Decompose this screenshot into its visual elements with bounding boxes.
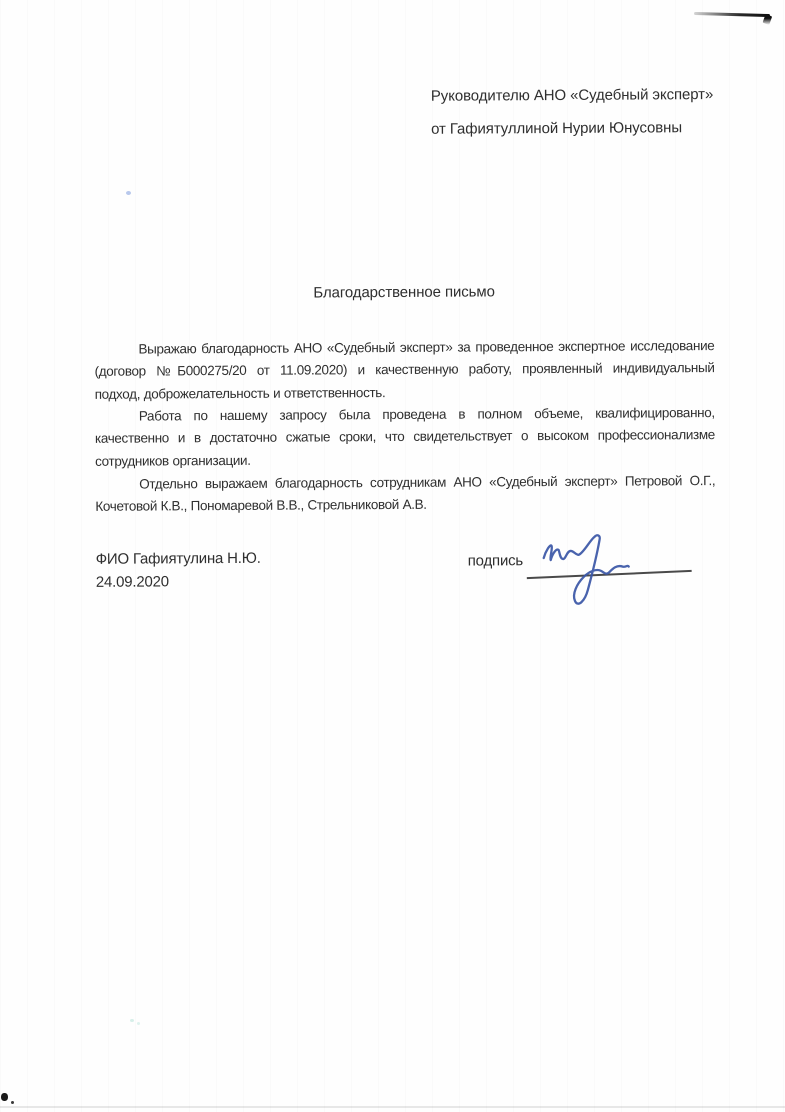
signature-date: 24.09.2020 (96, 570, 261, 594)
paragraph-line: качественно и в достаточно сжатые сроки,… (95, 424, 715, 450)
paragraph-line: (договор №Б000275/20 от 11.09.2020) и ка… (94, 357, 714, 383)
sender-line: от Гафиятуллиной Нурии Юнусовны (431, 111, 761, 146)
paragraph-line: Кочетовой К.В., Пономаревой В.В., Стрель… (95, 492, 715, 518)
signatory-block: ФИО Гафиятулина Н.Ю. 24.09.2020 (96, 548, 261, 594)
letter-content: Руководителю АНО «Судебный эксперт» от Г… (0, 0, 785, 1112)
scanned-letter-page: Руководителю АНО «Судебный эксперт» от Г… (0, 0, 785, 1112)
recipient-block: Руководителю АНО «Судебный эксперт» от Г… (431, 78, 761, 146)
paragraph-line: Отдельно выражаем благодарность сотрудни… (95, 470, 715, 496)
paragraph-staff-thanks: Отдельно выражаем благодарность сотрудни… (95, 470, 715, 519)
signature-label: подпись (468, 552, 523, 569)
signatory-name: ФИО Гафиятулина Н.Ю. (96, 548, 261, 572)
paragraph-work-quality: Работа по нашему запросу была проведена … (95, 402, 715, 473)
recipient-line: Руководителю АНО «Судебный эксперт» (431, 78, 761, 113)
paragraph-line: сотрудников организации. (95, 447, 715, 473)
handwritten-signature-icon (524, 525, 643, 618)
letter-title: Благодарственное письмо (94, 282, 714, 303)
paragraph-gratitude: Выражаю благодарность АНО «Судебный эксп… (94, 335, 714, 406)
